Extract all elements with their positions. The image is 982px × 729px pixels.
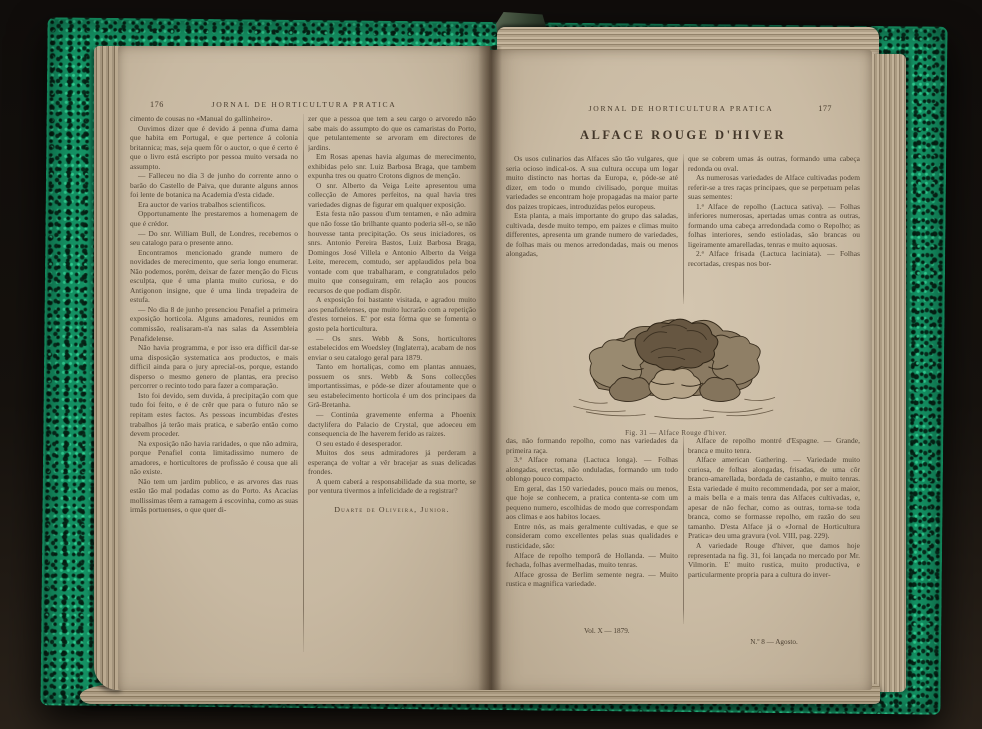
paragraph: Ouvimos dizer que é devido á penna d'uma… — [130, 124, 298, 172]
paragraph: que se cobrem umas ás outras, formando u… — [688, 154, 860, 173]
paragraph: — Os snrs. Webb & Sons, horticultores es… — [308, 334, 476, 363]
paragraph: Alface american Gathering. — Variedade m… — [688, 455, 860, 541]
paragraph: A quem caberá a responsabilidade da sua … — [308, 477, 476, 496]
paragraph: Na exposição não havia raridades, o que … — [130, 439, 298, 477]
issue-footer: N.º 8 — Agosto. — [688, 638, 860, 646]
paragraph: Alface grossa de Berlim semente negra. —… — [506, 570, 678, 589]
paragraph: Não havia programma, e por isso era diff… — [130, 343, 298, 391]
paragraph: Em geral, das 150 variedades, pouco mais… — [506, 484, 678, 522]
paragraph: Alface de repolho temporã de Hollanda. —… — [506, 551, 678, 570]
paragraph: Esta planta, a mais importante do grupo … — [506, 211, 678, 259]
paragraph: zer que a pessoa que tem a seu cargo o a… — [308, 114, 476, 152]
author-signature: Duarte de Oliveira, Junior. — [308, 505, 476, 515]
column-2: que se cobrem umas ás outras, formando u… — [688, 154, 860, 304]
page-right: JORNAL DE HORTICULTURA PRATICA 177 ALFAC… — [490, 50, 872, 690]
paragraph: Tanto em hortaliças, como em plantas ann… — [308, 362, 476, 410]
column-1: das, não formando repolho, como nas vari… — [506, 436, 678, 624]
paragraph: das, não formando repolho, como nas vari… — [506, 436, 678, 455]
page-number: 177 — [818, 104, 832, 113]
column-1: cimento de cousas no «Manual do gallinhe… — [130, 114, 298, 652]
paragraph: 2.ª Alface frisada (Lactuca laciniata). … — [688, 249, 860, 268]
paragraph: — Falleceu no dia 3 de junho do corrente… — [130, 171, 298, 200]
page-header: 176 JORNAL DE HORTICULTURA PRATICA — [130, 100, 478, 112]
open-book-scan: 176 JORNAL DE HORTICULTURA PRATICA cimen… — [0, 0, 982, 729]
paragraph: Muitos dos seus admiradores já perderam … — [308, 448, 476, 477]
ground-hatching — [573, 397, 775, 418]
paragraph: Não tem um jardim publico, e as arvores … — [130, 477, 298, 515]
paragraph: Os usos culinarios das Alfaces são tão v… — [506, 154, 678, 211]
text-columns-top: Os usos culinarios das Alfaces são tão v… — [506, 154, 860, 304]
paragraph: Opportunamente lhe prestaremos a homenag… — [130, 209, 298, 228]
paragraph: As numerosas variedades de Alface cultiv… — [688, 173, 860, 202]
page-left: 176 JORNAL DE HORTICULTURA PRATICA cimen… — [118, 46, 490, 690]
volume-footer: Vol. X — 1879. — [584, 627, 630, 635]
paragraph: O seu estado é desesperador. — [308, 439, 476, 449]
article-title: ALFACE ROUGE D'HIVER — [506, 128, 860, 143]
page-header: JORNAL DE HORTICULTURA PRATICA 177 — [502, 104, 860, 116]
paragraph: Alface de repolho montré d'Espagne. — Gr… — [688, 436, 860, 455]
figure: Fig. 31 — Alface Rouge d'hiver. — [554, 302, 798, 437]
running-title: JORNAL DE HORTICULTURA PRATICA — [589, 104, 774, 113]
paragraph: — Continúa gravemente enferma a Phoenix … — [308, 410, 476, 439]
column-rule — [683, 154, 684, 304]
paragraph: Entre nós, as mais geralmente cultivadas… — [506, 522, 678, 551]
paragraph: A exposição foi bastante visitada, e agr… — [308, 295, 476, 333]
column-1: Os usos culinarios das Alfaces são tão v… — [506, 154, 678, 304]
paragraph: O snr. Alberto da Veiga Leite apresentou… — [308, 181, 476, 210]
column-rule — [683, 436, 684, 624]
running-title: JORNAL DE HORTICULTURA PRATICA — [212, 100, 397, 109]
page-edges-right — [872, 54, 906, 692]
paragraph: Em Rosas apenas havia algumas de merecim… — [308, 152, 476, 181]
column-rule — [303, 114, 304, 652]
text-columns: cimento de cousas no «Manual do gallinhe… — [130, 114, 476, 652]
paragraph: — No dia 8 de junho presenciou Penafiel … — [130, 305, 298, 343]
paragraph: Esta festa não passou d'um tentamen, e n… — [308, 209, 476, 295]
paragraph: 3.ª Alface romana (Lactuca longa). — Fol… — [506, 455, 678, 484]
column-2: Alface de repolho montré d'Espagne. — Gr… — [688, 436, 860, 624]
column-2-text: zer que a pessoa que tem a seu cargo o a… — [308, 114, 476, 496]
paragraph: cimento de cousas no «Manual do gallinhe… — [130, 114, 298, 124]
page-number: 176 — [150, 100, 164, 109]
paragraph: Era auctor de varios trabalhos scientifi… — [130, 200, 298, 210]
text-columns-bottom: das, não formando repolho, como nas vari… — [506, 436, 860, 624]
column-2: zer que a pessoa que tem a seu cargo o a… — [308, 114, 476, 652]
paragraph: 1.ª Alface de repolho (Lactuca sativa). … — [688, 202, 860, 250]
paragraph: A variedade Rouge d'hiver, que damos hoj… — [688, 541, 860, 579]
paragraph: Isto foi devido, sem duvida, á precipita… — [130, 391, 298, 439]
paragraph: — Do snr. William Bull, de Londres, rece… — [130, 229, 298, 248]
lettuce-engraving — [558, 302, 794, 428]
paragraph: Encontramos mencionado grande numero de … — [130, 248, 298, 305]
